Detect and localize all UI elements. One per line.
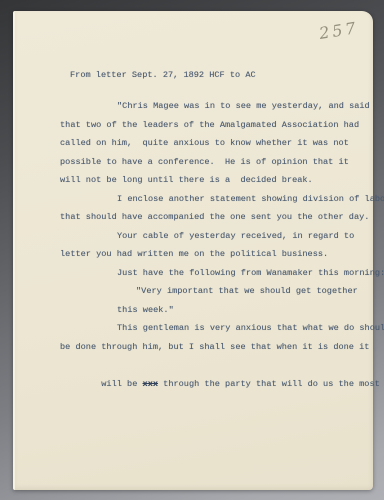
letter-line: be done through him, but I shall see tha…: [60, 338, 367, 357]
letter-line: "Very important that we should get toget…: [60, 282, 367, 301]
letter-line: that two of the leaders of the Amalgamat…: [60, 116, 367, 135]
letter-line: "Chris Magee was in to see me yesterday,…: [60, 97, 367, 116]
letter-line: Your cable of yesterday received, in reg…: [60, 227, 367, 246]
handwritten-page-number: 257: [318, 18, 360, 43]
final-line-post: through the party that will do us the mo…: [158, 379, 384, 389]
letter-line: will not be long until there is a decide…: [60, 171, 367, 190]
letter-final-line: will be xxx through the party that will …: [60, 356, 367, 375]
letter-body: "Chris Magee was in to see me yesterday,…: [60, 97, 367, 375]
photo-backdrop: 257 From letter Sept. 27, 1892 HCF to AC…: [0, 0, 384, 500]
letter-line: that should have accompanied the one sen…: [60, 208, 367, 227]
struck-out-text: xxx: [143, 379, 158, 389]
letter-line: This gentleman is very anxious that what…: [60, 319, 367, 338]
final-line-pre: will be: [101, 379, 142, 389]
letter-line: Just have the following from Wanamaker t…: [60, 264, 367, 283]
letter-page: 257 From letter Sept. 27, 1892 HCF to AC…: [13, 11, 373, 490]
letter-line: this week.": [60, 301, 367, 320]
letter-line: I enclose another statement showing divi…: [60, 190, 367, 209]
letter-line: possible to have a conference. He is of …: [60, 153, 367, 172]
letter-heading: From letter Sept. 27, 1892 HCF to AC: [70, 70, 256, 80]
letter-line: letter you had written me on the politic…: [60, 245, 367, 264]
letter-line: called on him, quite anxious to know whe…: [60, 134, 367, 153]
